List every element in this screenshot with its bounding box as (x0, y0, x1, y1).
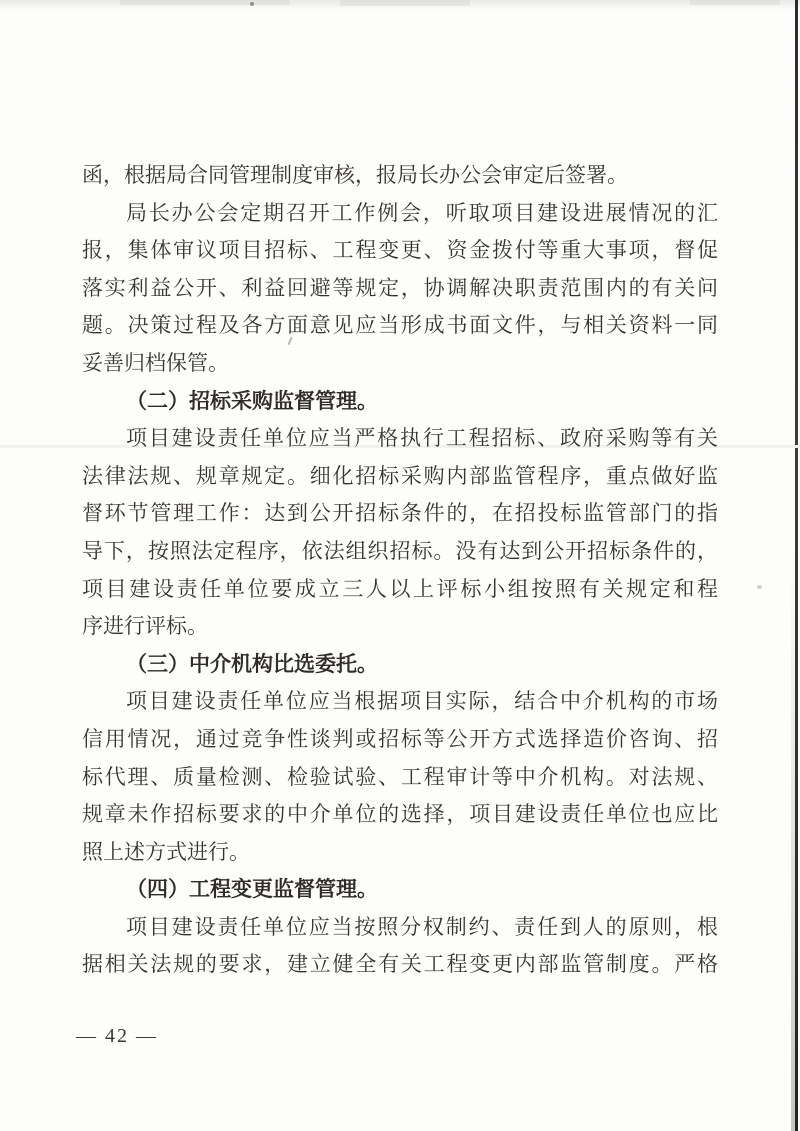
scan-edge-right-fringe (791, 560, 795, 1131)
document-body: 函，根据局合同管理制度审核，报局长办公会审定后签署。局长办公会定期召开工作例会，… (82, 157, 718, 984)
scan-speck (757, 585, 762, 589)
text-line: 标代理、质量检测、检验试验、工程审计等中介机构。对法规、 (82, 759, 718, 797)
scan-edge-patch (340, 0, 470, 6)
text-line: 项目建设责任单位应当根据项目实际，结合中介机构的市场 (82, 683, 718, 721)
text-line: 局长办公会定期召开工作例会，听取项目建设进展情况的汇 (82, 195, 718, 233)
scan-edge-patch (690, 0, 780, 5)
text-line: 序进行评标。 (82, 608, 718, 646)
text-line: 规章未作招标要求的中介单位的选择，项目建设责任单位也应比 (82, 796, 718, 834)
text-line: 据相关法规的要求，建立健全有关工程变更内部监管制度。严格 (82, 946, 718, 984)
text-line: 项目建设责任单位应当按照分权制约、责任到人的原则，根 (82, 909, 718, 947)
text-line: 督环节管理工作：达到公开招标条件的，在招投标监管部门的指 (82, 495, 718, 533)
section-heading: （四）工程变更监督管理。 (82, 871, 718, 909)
scan-speck (250, 2, 254, 6)
text-line: 函，根据局合同管理制度审核，报局长办公会审定后签署。 (82, 157, 718, 195)
text-line: 导下，按照法定程序，依法组织招标。没有达到公开招标条件的， (82, 533, 718, 571)
scan-edge-patch (120, 0, 290, 5)
text-line: 法律法规、规章规定。细化招标采购内部监管程序，重点做好监 (82, 458, 718, 496)
scan-edge-right-line (795, 0, 798, 1131)
text-line: 项目建设责任单位应当严格执行工程招标、政府采购等有关 (82, 420, 718, 458)
text-line: 项目建设责任单位要成立三人以上评标小组按照有关规定和程 (82, 571, 718, 609)
section-heading: （二）招标采购监督管理。 (82, 383, 718, 421)
text-line: 题。决策过程及各方面意见应当形成书面文件，与相关资料一同 (82, 307, 718, 345)
text-line: 报，集体审议项目招标、工程变更、资金拨付等重大事项，督促 (82, 232, 718, 270)
page-number: — 42 — (76, 1021, 158, 1051)
section-heading: （三）中介机构比选委托。 (82, 646, 718, 684)
scanned-document-page: 函，根据局合同管理制度审核，报局长办公会审定后签署。局长办公会定期召开工作例会，… (0, 0, 800, 1131)
text-line: 妥善归档保管。 (82, 345, 718, 383)
text-line: 信用情况，通过竞争性谈判或招标等公开方式选择造价咨询、招 (82, 721, 718, 759)
text-line: 照上述方式进行。 (82, 834, 718, 872)
text-line: 落实利益公开、利益回避等规定，协调解决职责范围内的有关问 (82, 270, 718, 308)
